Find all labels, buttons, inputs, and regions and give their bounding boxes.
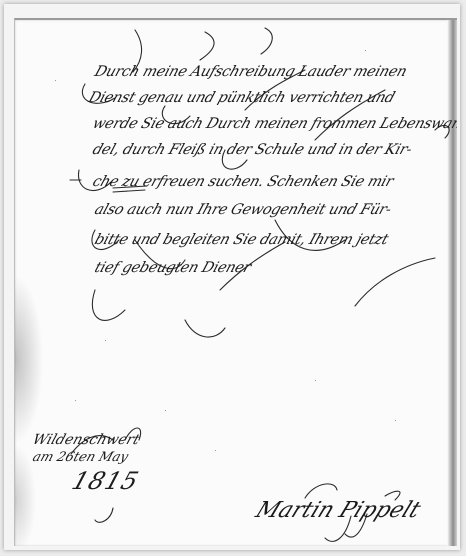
closing-year: 1815 [68, 467, 143, 495]
letter-line-4: del, durch Fleiß in der Schule und in de… [90, 142, 413, 158]
letter-line-5: che zu erfreuen suchen. Schenken Sie mir [90, 174, 395, 190]
letter-line-6: also auch nun Ihre Gewogenheit und Für- [92, 202, 393, 218]
closing-place: Wildenschwert [30, 432, 141, 448]
signature: Martin Pippelt [252, 498, 424, 523]
document-frame: Durch meine Aufschreibung Lauder meinen … [4, 4, 460, 550]
letter-line-1: Durch meine Aufschreibung Lauder meinen [92, 64, 408, 80]
date-block: Wildenschwert am 26ten May 1815 [33, 432, 139, 495]
closing-date: am 26ten May [31, 450, 142, 465]
page-edge [447, 20, 457, 546]
letter-line-2: Dienst genau und pünktlich verrichten un… [86, 90, 396, 106]
letter-line-3: werde Sie auch Durch meinen frommen Lebe… [90, 116, 457, 132]
letter-line-8: tief gebeugten Diener [92, 260, 252, 276]
letter-page: Durch meine Aufschreibung Lauder meinen … [14, 18, 457, 546]
letter-line-7: bitte und begleiten Sie damit, Ihrem jet… [92, 232, 390, 248]
